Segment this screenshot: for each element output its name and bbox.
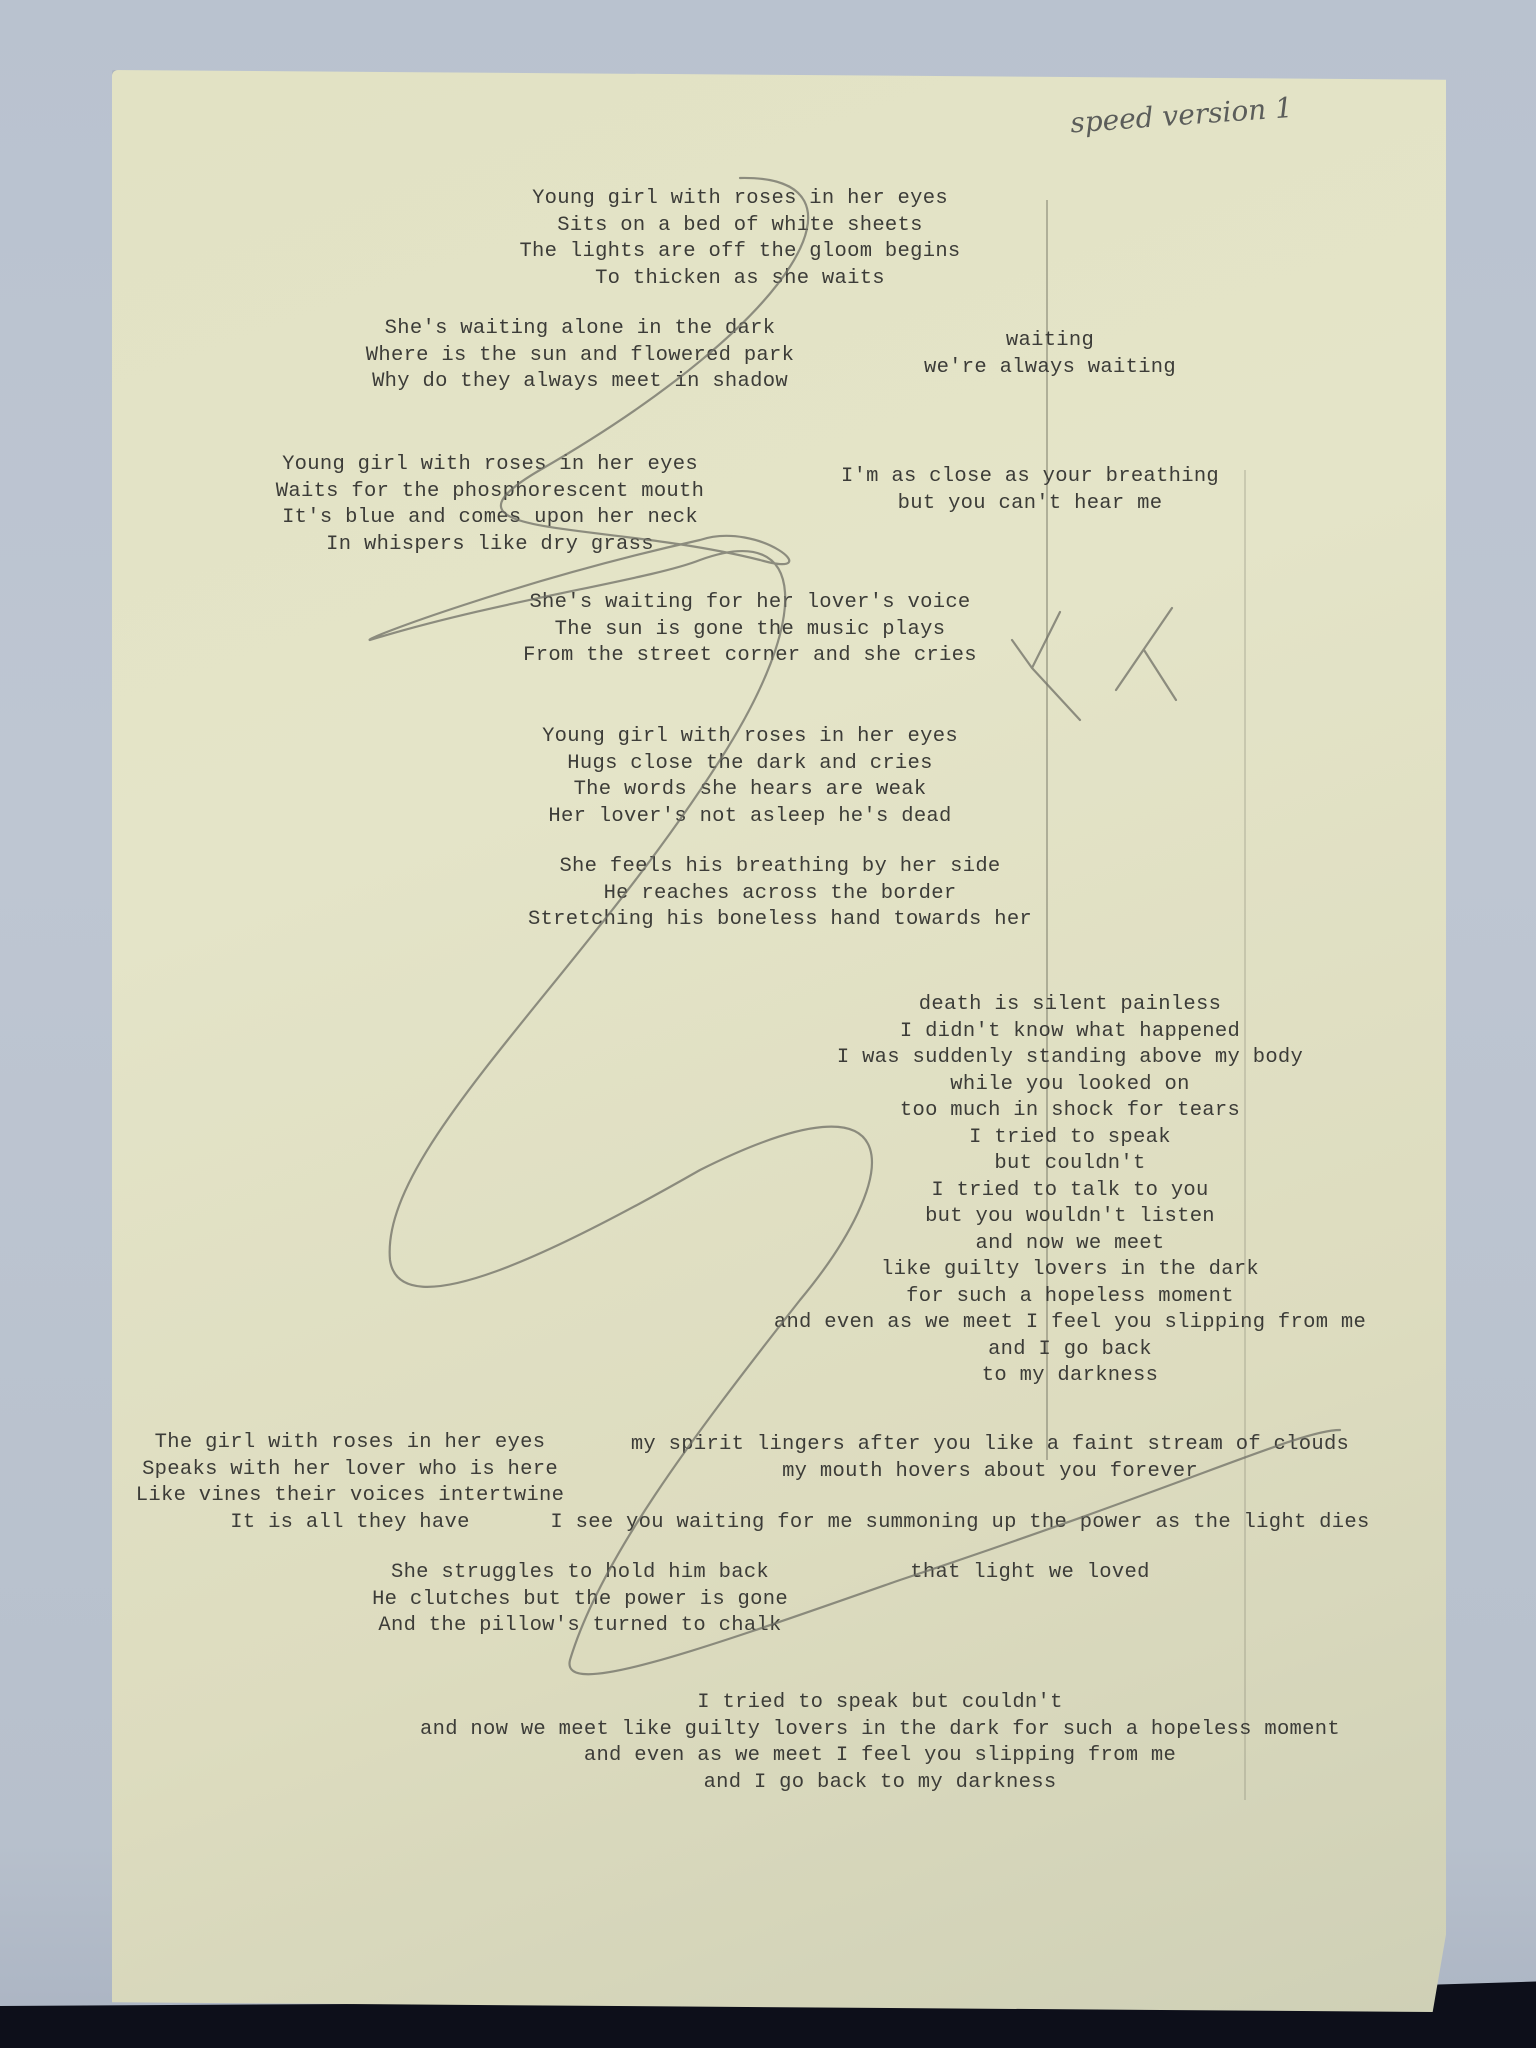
poem-line: And the pillow's turned to chalk: [340, 1613, 820, 1640]
poem-line: He clutches but the power is gone: [340, 1587, 820, 1614]
poem-line: and now we meet: [740, 1231, 1400, 1258]
poem-line: too much in shock for tears: [740, 1098, 1400, 1125]
poem-line: It's blue and comes upon her neck: [240, 505, 740, 532]
poem-line: The sun is gone the music plays: [480, 617, 1020, 644]
poem-line: The lights are off the gloom begins: [480, 239, 1000, 266]
poem-line: I didn't know what happened: [740, 1019, 1400, 1046]
poem-line: waiting: [880, 328, 1220, 355]
poem-line: She's waiting alone in the dark: [320, 316, 840, 343]
poem-line: my mouth hovers about you forever: [580, 1459, 1400, 1486]
stanza-3-aside: I'm as close as your breathingbut you ca…: [820, 464, 1240, 517]
poem-line: Stretching his boneless hand towards her: [480, 907, 1080, 934]
poem-line: we're always waiting: [880, 355, 1220, 382]
poem-line: I tried to talk to you: [740, 1178, 1400, 1205]
poem-line: for such a hopeless moment: [740, 1284, 1400, 1311]
poem-line: I tried to speak but couldn't: [380, 1690, 1380, 1717]
stanza-4: She's waiting for her lover's voiceThe s…: [480, 590, 1020, 670]
poem-line: Like vines their voices intertwine: [100, 1483, 600, 1510]
poem-line: my spirit lingers after you like a faint…: [580, 1432, 1400, 1459]
poem-line: The girl with roses in her eyes: [100, 1430, 600, 1457]
poem-line: She struggles to hold him back: [340, 1560, 820, 1587]
poem-line: but you can't hear me: [820, 491, 1240, 518]
poem-line: but couldn't: [740, 1151, 1400, 1178]
poem-line: and I go back: [740, 1337, 1400, 1364]
poem-line: but you wouldn't listen: [740, 1204, 1400, 1231]
poem-line: He reaches across the border: [480, 881, 1080, 908]
poem-line: I tried to speak: [740, 1125, 1400, 1152]
stanza-8-aside: my spirit lingers after you like a faint…: [580, 1432, 1400, 1485]
poem-line: To thicken as she waits: [480, 266, 1000, 293]
stanza-1: Young girl with roses in her eyesSits on…: [480, 186, 1000, 292]
stanza-5: Young girl with roses in her eyesHugs cl…: [480, 724, 1020, 830]
poem-line: death is silent painless: [740, 992, 1400, 1019]
poem-line: Speaks with her lover who is here: [100, 1457, 600, 1484]
stanza-9-aside: that light we loved: [880, 1560, 1180, 1587]
poem-line: and even as we meet I feel you slipping …: [740, 1310, 1400, 1337]
stanza-2: She's waiting alone in the darkWhere is …: [320, 316, 840, 396]
poem-line: Where is the sun and flowered park: [320, 343, 840, 370]
stanza-7: death is silent painlessI didn't know wh…: [740, 992, 1400, 1390]
poem-line: Sits on a bed of white sheets: [480, 213, 1000, 240]
stanza-2-aside: waitingwe're always waiting: [880, 328, 1220, 381]
poem-line: while you looked on: [740, 1072, 1400, 1099]
poem-line: Young girl with roses in her eyes: [480, 186, 1000, 213]
poem-line: Hugs close the dark and cries: [480, 751, 1020, 778]
poem-line: She feels his breathing by her side: [480, 854, 1080, 881]
poem-line: to my darkness: [740, 1363, 1400, 1390]
poem-line: In whispers like dry grass: [240, 532, 740, 559]
poem-line: Why do they always meet in shadow: [320, 369, 840, 396]
poem-line: Young girl with roses in her eyes: [240, 452, 740, 479]
poem-line: that light we loved: [880, 1560, 1180, 1587]
poem-line: Young girl with roses in her eyes: [480, 724, 1020, 751]
poem-line: She's waiting for her lover's voice: [480, 590, 1020, 617]
poem-line: Her lover's not asleep he's dead: [480, 804, 1020, 831]
stanza-3: Young girl with roses in her eyesWaits f…: [240, 452, 740, 558]
poem-line: I'm as close as your breathing: [820, 464, 1240, 491]
poem-line: From the street corner and she cries: [480, 643, 1020, 670]
stanza-8-line: I see you waiting for me summoning up th…: [510, 1510, 1410, 1537]
poem-line: I see you waiting for me summoning up th…: [510, 1510, 1410, 1537]
stanza-6: She feels his breathing by her sideHe re…: [480, 854, 1080, 934]
stanza-10: I tried to speak but couldn'tand now we …: [380, 1690, 1380, 1796]
poem-line: and I go back to my darkness: [380, 1770, 1380, 1797]
stanza-9: She struggles to hold him backHe clutche…: [340, 1560, 820, 1640]
poem-line: like guilty lovers in the dark: [740, 1257, 1400, 1284]
poem-line: and even as we meet I feel you slipping …: [380, 1743, 1380, 1770]
poem-line: I was suddenly standing above my body: [740, 1045, 1400, 1072]
poem-line: Waits for the phosphorescent mouth: [240, 479, 740, 506]
poem-line: The words she hears are weak: [480, 777, 1020, 804]
poem-line: and now we meet like guilty lovers in th…: [380, 1717, 1380, 1744]
